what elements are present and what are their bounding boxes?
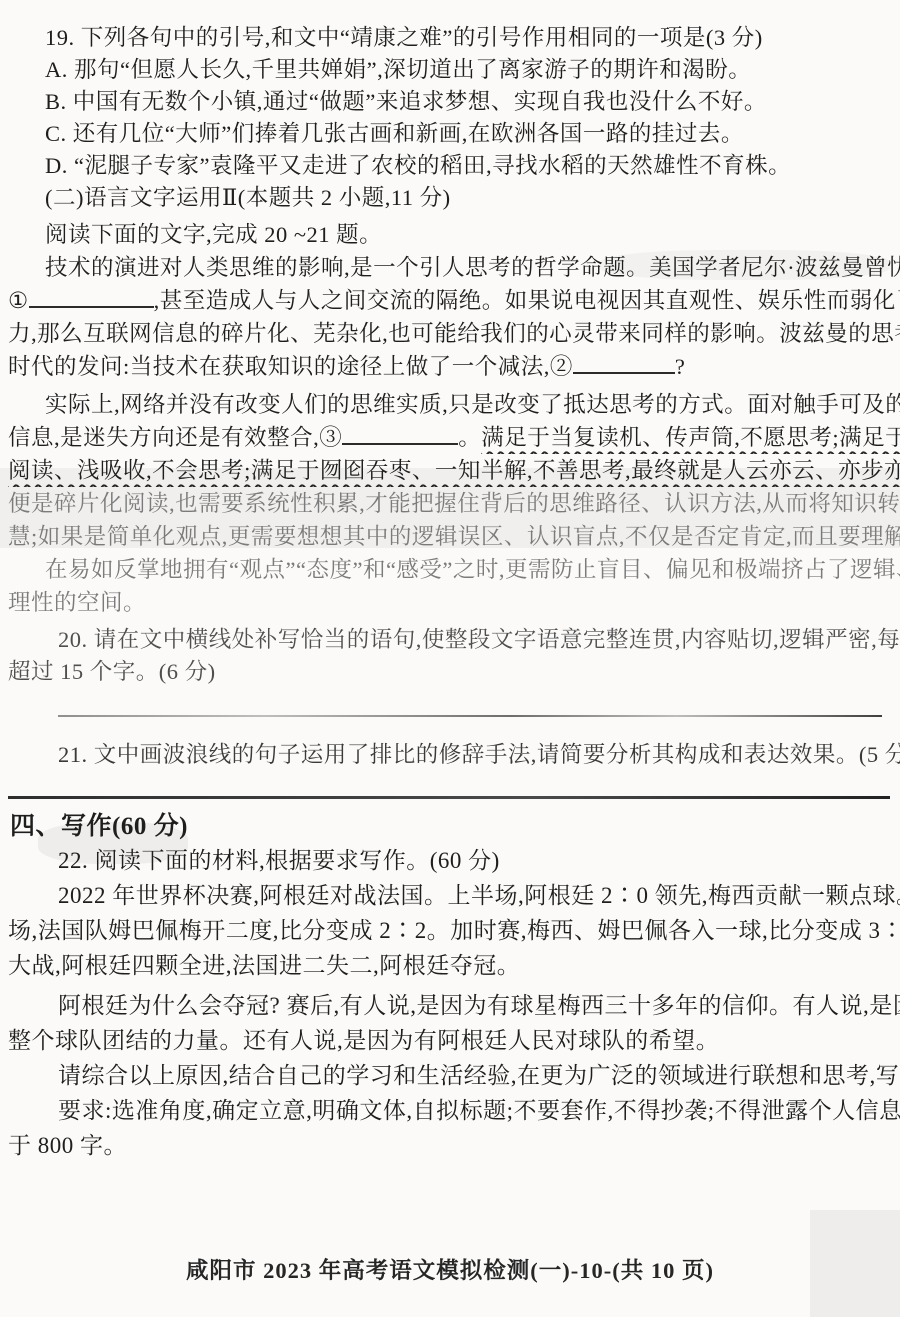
passage-line-10: 在易如反掌地拥有“观点”“态度”和“感受”之时,更需防止盲目、偏见和极端挤占了逻… xyxy=(45,553,900,586)
material-line-5: 整个球队团结的力量。还有人说,是因为有阿根廷人民对球队的希望。 xyxy=(8,1023,900,1058)
answer-line-q20 xyxy=(58,715,882,717)
passage-line-1: 技术的演进对人类思维的影响,是一个引人思考的哲学命题。美国学者尼尔·波兹曼曾忧心 xyxy=(45,251,900,284)
material-line-8: 于 800 字。 xyxy=(8,1128,900,1163)
blank-3-underline xyxy=(342,426,458,445)
question-19-option-c: C. 还有几位“大师”们捧着几张古画和新画,在欧洲各国一路的挂过去。 xyxy=(45,118,900,150)
passage-line-4-text: 时代的发问:当技术在获取知识的途径上做了一个减法,② xyxy=(8,354,573,379)
blank-1-number: ① xyxy=(8,288,29,313)
passage-line-6: 信息,是迷失方向还是有效整合,③。满足于当复读机、传声筒,不愿思考;满足于 xyxy=(8,421,900,454)
wavy-underlined-text-2: 阅读、浅吸收,不会思考;满足于囫囵吞枣、一知半解,不善思考,最终就是人云亦云、亦… xyxy=(8,458,900,483)
question-22-stem: 22. 阅读下面的材料,根据要求写作。(60 分) xyxy=(58,843,900,878)
question-19-stem: 19. 下列各句中的引号,和文中“靖康之难”的引号作用相同的一项是(3 分) xyxy=(45,22,900,54)
footer-page-info: 咸阳市 2023 年高考语文模拟检测(一)-10-(共 10 页) xyxy=(0,1253,900,1285)
passage-line-2-text: ,甚至造成人与人之间交流的隔绝。如果说电视因其直观性、娱乐性而弱化了思 xyxy=(154,288,900,313)
question-20-line-1: 20. 请在文中横线处补写恰当的语句,使整段文字语意完整连贯,内容贴切,逻辑严密… xyxy=(58,624,900,656)
section-2-heading: (二)语言文字运用Ⅱ(本题共 2 小题,11 分) xyxy=(45,182,900,214)
question-19-option-b: B. 中国有无数个小镇,通过“做题”来追求梦想、实现自我也没什么不好。 xyxy=(45,86,900,118)
passage-line-4: 时代的发问:当技术在获取知识的途径上做了一个减法,②? xyxy=(8,350,900,383)
passage-line-2: ①,甚至造成人与人之间交流的隔绝。如果说电视因其直观性、娱乐性而弱化了思 xyxy=(8,284,900,317)
passage-line-6-text: 信息,是迷失方向还是有效整合,③ xyxy=(8,425,342,450)
material-line-7: 要求:选准角度,确定立意,明确文体,自拟标题;不要套作,不得抄袭;不得泄露个人信… xyxy=(58,1093,900,1128)
wavy-underlined-text-1: 满足于当复读机、传声筒,不愿思考;满足于 xyxy=(481,425,900,450)
passage-line-9: 慧;如果是简单化观点,更需要想想其中的逻辑误区、认识盲点,不仅是否定肯定,而且要… xyxy=(8,520,900,553)
passage-line-4-end: ? xyxy=(675,354,686,379)
material-line-6: 请综合以上原因,结合自己的学习和生活经验,在更为广泛的领域进行联想和思考,写一篇… xyxy=(58,1058,900,1093)
passage-line-7: 阅读、浅吸收,不会思考;满足于囫囵吞枣、一知半解,不善思考,最终就是人云亦云、亦… xyxy=(8,454,900,487)
exam-content: 19. 下列各句中的引号,和文中“靖康之难”的引号作用相同的一项是(3 分) A… xyxy=(0,0,900,1163)
question-19-option-a: A. 那句“但愿人长久,千里共婵娟”,深切道出了离家游子的期许和渴盼。 xyxy=(45,54,900,86)
question-21: 21. 文中画波浪线的句子运用了排比的修辞手法,请简要分析其构成和表达效果。(5… xyxy=(58,739,900,771)
section-4-heading: 四、写作(60 分) xyxy=(10,811,900,843)
material-line-2: 场,法国队姆巴佩梅开二度,比分变成 2∶2。加时赛,梅西、姆巴佩各入一球,比分变… xyxy=(8,913,900,948)
passage-line-8: 便是碎片化阅读,也需要系统性积累,才能把握住背后的思维路径、认识方法,从而将知识… xyxy=(8,487,900,520)
passage-line-5: 实际上,网络并没有改变人们的思维实质,只是改变了抵达思考的方式。面对触手可及的庞 xyxy=(45,388,900,421)
passage-line-3: 力,那么互联网信息的碎片化、芜杂化,也可能给我们的心灵带来同样的影响。波兹曼的思… xyxy=(8,317,900,350)
material-line-4: 阿根廷为什么会夺冠? 赛后,有人说,是因为有球星梅西三十多年的信仰。有人说,是因… xyxy=(58,988,900,1023)
passage-intro: 阅读下面的文字,完成 20 ~21 题。 xyxy=(45,219,900,251)
blank-1-underline xyxy=(29,289,154,308)
answer-line-q21 xyxy=(8,796,890,799)
passage-line-11: 理性的空间。 xyxy=(8,586,900,619)
scanned-exam-page: 19. 下列各句中的引号,和文中“靖康之难”的引号作用相同的一项是(3 分) A… xyxy=(0,0,900,1317)
passage-line-6-period: 。 xyxy=(458,425,481,450)
question-20-line-2: 超过 15 个字。(6 分) xyxy=(8,656,900,688)
material-line-1: 2022 年世界杯决赛,阿根廷对战法国。上半场,阿根廷 2∶0 领先,梅西贡献一… xyxy=(58,878,900,913)
question-19-option-d: D. “泥腿子专家”袁隆平又走进了农校的稻田,寻找水稻的天然雄性不育株。 xyxy=(45,150,900,182)
blank-2-underline xyxy=(573,355,675,374)
material-line-3: 大战,阿根廷四颗全进,法国进二失二,阿根廷夺冠。 xyxy=(8,948,900,983)
